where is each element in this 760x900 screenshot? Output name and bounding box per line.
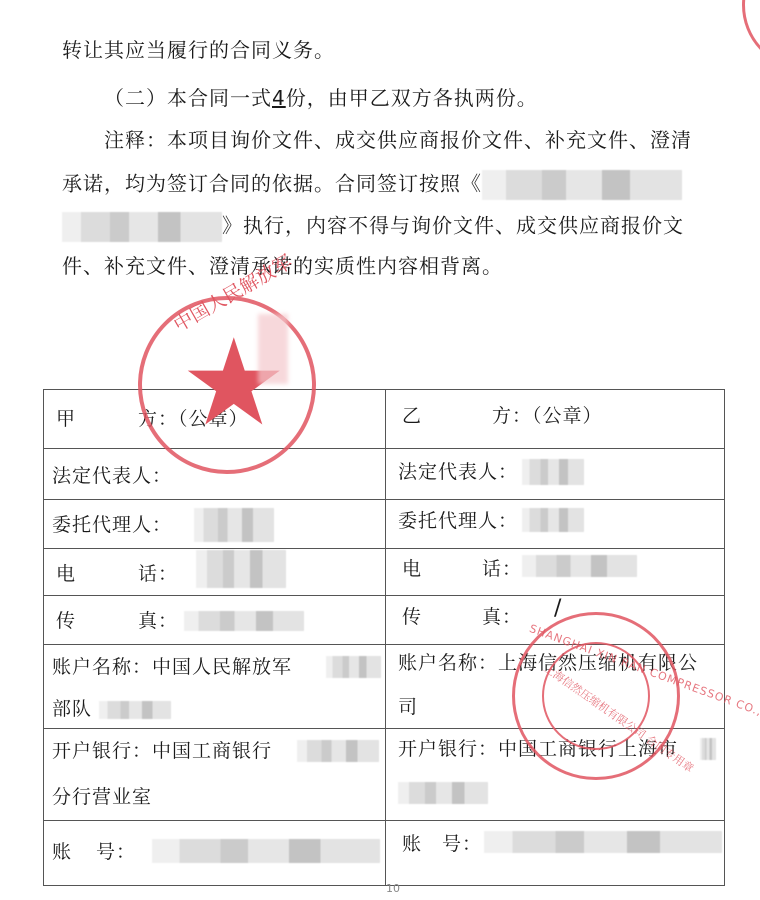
- redacted-unit-suffix: [99, 701, 171, 719]
- paragraph-line: 转让其应当履行的合同义务。: [62, 38, 335, 62]
- party-a-bank-label: 开户银行：中国工商银行: [52, 740, 272, 762]
- party-a-phone-label-2: 话：: [138, 563, 178, 585]
- redacted-phone: [522, 555, 637, 577]
- party-b-account-name-line2: 司: [398, 696, 418, 718]
- row-divider: [44, 595, 724, 596]
- redacted-account-number: [152, 839, 380, 863]
- text: 注释：本项目询价文件、成交供应商报价文件、补充文件、澄清: [104, 128, 692, 152]
- party-b-account-no-label: 账: [402, 833, 422, 855]
- row-divider: [44, 820, 724, 821]
- redacted-phone: [196, 550, 286, 588]
- copies-count: 4: [272, 86, 286, 110]
- redacted-bank-branch-line2: [398, 782, 488, 804]
- contract-page: 转让其应当履行的合同义务。 （二）本合同一式4份，由甲乙双方各执两份。 注释：本…: [0, 0, 760, 900]
- redacted-bank-branch: [297, 740, 379, 762]
- party-b-account-no-label-2: 号：: [442, 833, 482, 855]
- redacted-fax: [184, 611, 304, 631]
- party-a-account-no-label: 账: [52, 841, 72, 863]
- redacted-account-number: [484, 831, 722, 853]
- redacted-seal-text: [258, 314, 288, 384]
- redacted-bank-branch: [700, 738, 716, 760]
- column-divider: [385, 390, 386, 885]
- note-clause-line1: 注释：本项目询价文件、成交供应商报价文件、补充文件、澄清: [104, 128, 692, 152]
- party-b-phone-label-2: 话：: [482, 558, 522, 580]
- party-a-phone-label: 电: [56, 563, 76, 585]
- party-a-agent-label: 委托代理人：: [52, 514, 172, 536]
- text: 份，由甲乙双方各执两份。: [286, 86, 538, 110]
- redacted-agent-name: [194, 508, 274, 542]
- redacted-text: [62, 212, 222, 242]
- redacted-agent: [522, 508, 584, 532]
- note-clause-line2: 承诺，均为签订合同的依据。合同签订按照《: [62, 170, 682, 200]
- party-a-account-name-line2: 部队: [52, 698, 92, 720]
- corner-stamp: [742, 0, 760, 70]
- row-divider: [44, 548, 724, 549]
- party-a-account-no-label-2: 号：: [96, 841, 136, 863]
- party-a-label: 甲: [56, 408, 76, 430]
- value: 中国人民解放军: [152, 656, 292, 678]
- text: （二）本合同一式: [104, 86, 272, 110]
- label: 开户银行：: [398, 738, 498, 760]
- value: 中国工商银行: [152, 740, 272, 762]
- note-clause-line3: 》执行，内容不得与询价文件、成交供应商报价文: [62, 212, 684, 242]
- redacted-legal-rep: [522, 459, 584, 485]
- text: 承诺，均为签订合同的依据。合同签订按照《: [62, 172, 482, 196]
- label: 账户名称：: [398, 652, 498, 674]
- party-b-official-seal: SHANGHAI XIN RAN COMPRESSOR CO.,LTD. 上海信…: [512, 612, 680, 780]
- label: 开户银行：: [52, 740, 152, 762]
- text: 》执行，内容不得与询价文件、成交供应商报价文: [222, 214, 684, 238]
- row-divider: [44, 499, 724, 500]
- party-b-label: 乙: [402, 405, 422, 427]
- page-number: 10: [386, 882, 400, 895]
- party-b-agent-label: 委托代理人：: [398, 510, 518, 532]
- redacted-text: [482, 170, 682, 200]
- text: 转让其应当履行的合同义务。: [62, 38, 335, 62]
- party-b-legal-rep-label: 法定代表人：: [398, 461, 518, 483]
- party-b-fax-label: 传: [402, 606, 422, 628]
- copies-clause: （二）本合同一式4份，由甲乙双方各执两份。: [104, 86, 538, 110]
- redacted-unit-number: [326, 656, 381, 678]
- party-b-phone-label: 电: [402, 558, 422, 580]
- party-a-official-seal: ★ 中国人民解放军: [138, 296, 316, 474]
- party-b-seal-label: 方：（公章）: [492, 405, 603, 427]
- label: 账户名称：: [52, 656, 152, 678]
- party-a-fax-label: 传: [56, 610, 76, 632]
- party-a-bank-line2: 分行营业室: [52, 786, 152, 808]
- party-a-account-name-label: 账户名称：中国人民解放军: [52, 656, 292, 678]
- party-a-fax-label-2: 真：: [138, 610, 178, 632]
